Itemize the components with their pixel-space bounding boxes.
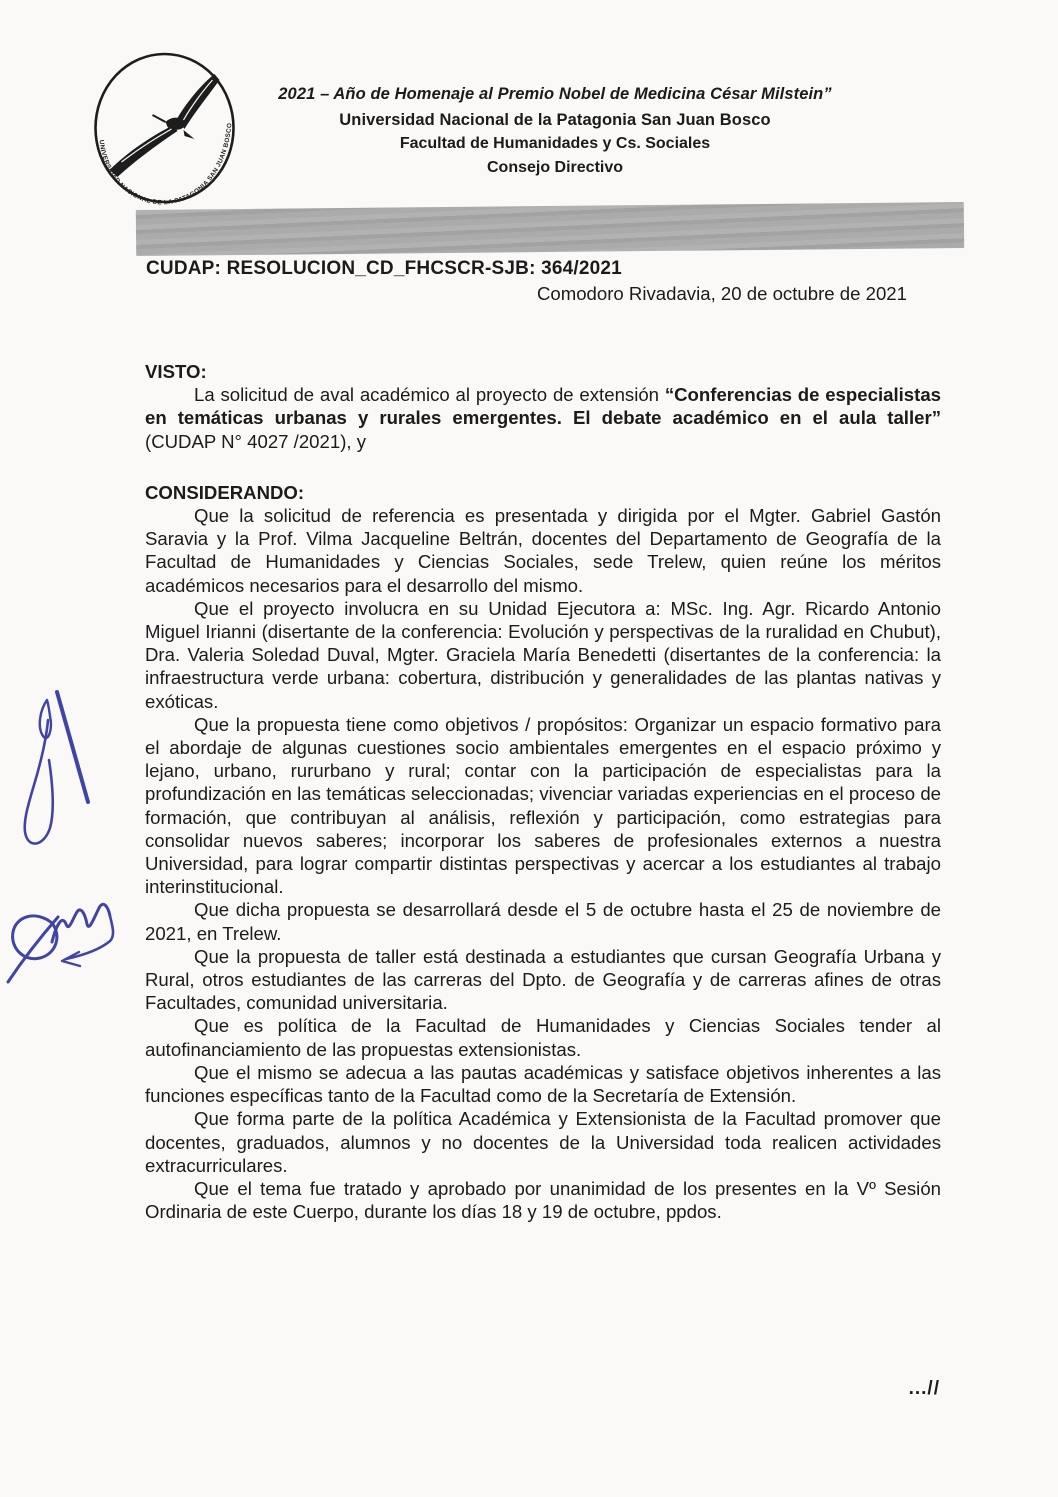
considerando-paragraph: Que la propuesta de taller está destinad… xyxy=(145,945,941,1015)
letterhead: 2021 – Año de Homenaje al Premio Nobel d… xyxy=(145,84,965,182)
resolution-body: VISTO: La solicitud de aval académico al… xyxy=(145,360,941,1223)
redaction-bar xyxy=(136,202,964,256)
considerando-paragraph: Que el mismo se adecua a las pautas acad… xyxy=(145,1061,941,1107)
visto-text-pre: La solicitud de aval académico al proyec… xyxy=(194,384,665,405)
header-motto: 2021 – Año de Homenaje al Premio Nobel d… xyxy=(145,84,965,105)
considerando-heading: CONSIDERANDO: xyxy=(145,481,941,504)
header-faculty: Facultad de Humanidades y Cs. Sociales xyxy=(145,134,965,154)
handwritten-signature xyxy=(8,904,113,982)
visto-heading: VISTO: xyxy=(145,360,941,383)
considerando-paragraph: Que la solicitud de referencia es presen… xyxy=(145,504,941,597)
cudap-line: CUDAP: RESOLUCION_CD_FHCSCR-SJB: 364/202… xyxy=(146,258,942,280)
header-university: Universidad Nacional de la Patagonia San… xyxy=(145,110,965,131)
header-council: Consejo Directivo xyxy=(145,158,965,178)
continuation-mark: ...// xyxy=(909,1378,940,1400)
document-page: UNIVERSIDAD NACIONAL DE LA PATAGONIA SAN… xyxy=(0,0,1058,1497)
considerando-paragraph: Que dicha propuesta se desarrollará desd… xyxy=(145,898,941,944)
visto-paragraph: La solicitud de aval académico al proyec… xyxy=(145,383,941,453)
considerando-paragraph: Que la propuesta tiene como objetivos / … xyxy=(145,713,941,899)
handwritten-mark-top xyxy=(25,692,88,844)
visto-text-post: (CUDAP N° 4027 /2021), y xyxy=(145,431,366,452)
handwritten-ink-marks xyxy=(0,680,150,1000)
considerando-paragraph: Que el tema fue tratado y aprobado por u… xyxy=(145,1177,941,1223)
considerando-paragraph: Que el proyecto involucra en su Unidad E… xyxy=(145,597,941,713)
considerando-paragraph: Que forma parte de la política Académica… xyxy=(145,1107,941,1177)
place-date-line: Comodoro Rivadavia, 20 de octubre de 202… xyxy=(145,283,941,305)
considerando-paragraph: Que es política de la Facultad de Humani… xyxy=(145,1014,941,1060)
